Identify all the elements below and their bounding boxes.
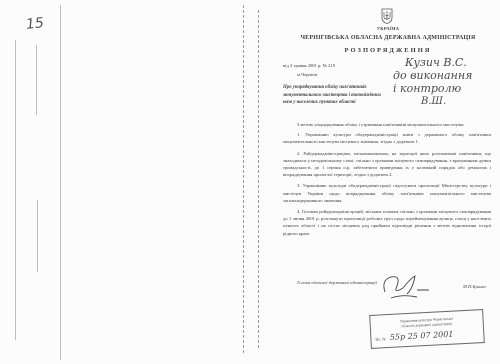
body-item: 3. Управлінню культури облдержадміністра…: [283, 182, 491, 204]
document-subject: Про упорядкування обліку пам'ятників мон…: [283, 84, 383, 107]
signatory-name: М.П.Бунько: [463, 284, 486, 289]
stamp-handwritten-value: 55р 25 07 2001: [390, 330, 454, 342]
stamp-label: Вх. №: [375, 336, 386, 342]
scan-edge-line: [60, 5, 61, 360]
document-city: м.Чернігів: [297, 72, 317, 77]
body-item: 2. Райдержадміністраціям, міськвиконкома…: [283, 150, 491, 179]
scan-edge-line: [36, 45, 37, 115]
body-intro: З метою упорядкування обліку і утримання…: [283, 121, 491, 128]
trident-emblem-icon: [381, 8, 393, 24]
signatory-title: Голова обласної державної адміністрації: [297, 280, 377, 287]
scan-edge-line: [37, 200, 38, 272]
handwritten-resolution: Кузич В.С. до виконання і контролю В.Ш.: [387, 56, 499, 108]
document-date: від 3 травня 2001 р. № 219: [283, 63, 335, 68]
body-item: 1. Управлінню культури облдержадміністра…: [283, 131, 491, 145]
fold-line: [258, 10, 259, 350]
fold-line: [243, 5, 244, 355]
document-body: З метою упорядкування обліку і утримання…: [283, 121, 491, 241]
handwritten-signature: [377, 272, 437, 302]
resolution-line: і контролю: [393, 82, 499, 95]
scan-edge-line: [15, 40, 16, 340]
country-name: УКРАЇНА: [277, 26, 499, 31]
organization-name: ЧЕРНІГІВСЬКА ОБЛАСНА ДЕРЖАВНА АДМІНІСТРА…: [277, 35, 499, 41]
scanned-page: 15 УКРАЇНА ЧЕРНІГІВСЬКА ОБЛАСНА ДЕРЖАВНА…: [0, 0, 500, 364]
resolution-line: Кузич В.С.: [405, 56, 499, 69]
body-item: 4. Головам райдержадміністрацій, міським…: [283, 208, 491, 237]
registration-stamp: Управління культури Чернігівської обласн…: [369, 309, 485, 349]
document-type: РОЗПОРЯДЖЕННЯ: [277, 47, 499, 54]
handwritten-page-number: 15: [25, 15, 44, 33]
resolution-line: В.Ш.: [421, 95, 499, 108]
stamp-registration: Вх. № 55р 25 07 2001: [371, 328, 483, 343]
resolution-line: до виконання: [393, 69, 499, 82]
